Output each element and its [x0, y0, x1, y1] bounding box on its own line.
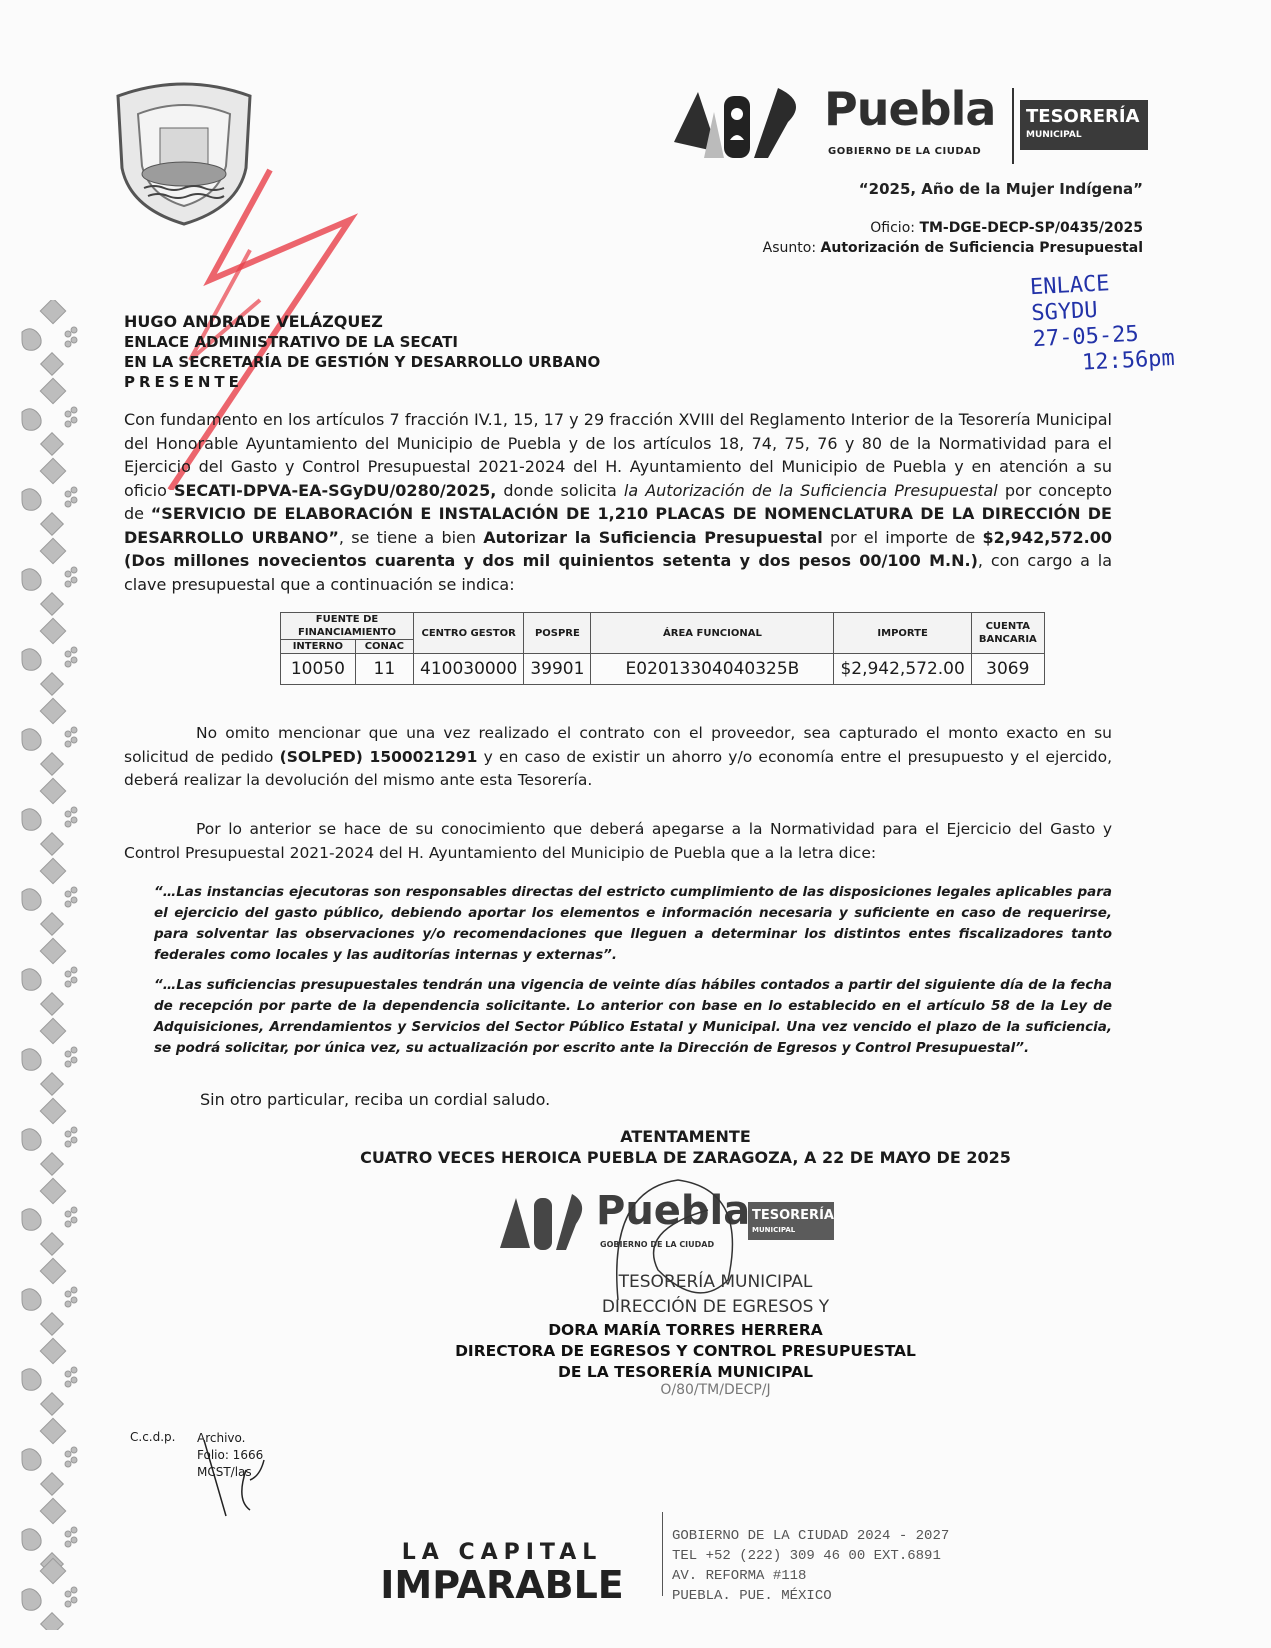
footer-line: AV. REFORMA #118 — [672, 1566, 949, 1586]
regulation-paragraph: Por lo anterior se hace de su conocimien… — [124, 818, 1112, 865]
cell-conac: 11 — [355, 654, 413, 685]
col-pospre: POSPRE — [524, 613, 591, 654]
budget-key-table: FUENTE DE FINANCIAMIENTO CENTRO GESTOR P… — [280, 612, 1045, 685]
tesoreria-badge: TESORERÍA MUNICIPAL — [1020, 100, 1148, 150]
table-row: 10050 11 410030000 39901 E02013304040325… — [281, 654, 1045, 685]
document-reference: Oficio: TM-DGE-DECP-SP/0435/2025 Asunto:… — [763, 218, 1143, 258]
footer-line: PUEBLA. PUE. MÉXICO — [672, 1586, 949, 1606]
stamp-tesoreria-label: TESORERÍA — [752, 1208, 834, 1223]
logo-divider — [1012, 88, 1014, 164]
cell-centro-gestor: 410030000 — [414, 654, 524, 685]
authorization-paragraph: Con fundamento en los artículos 7 fracci… — [124, 408, 1112, 596]
text: por el importe de — [823, 528, 983, 547]
request-oficio: SECATI-DPVA-EA-SGyDU/0280/2025, — [174, 481, 496, 500]
regulation-quote: “…Las instancias ejecutoras son responsa… — [154, 882, 1112, 966]
asunto-label: Asunto: — [763, 240, 816, 256]
col-fuente: FUENTE DE FINANCIAMIENTO — [281, 613, 414, 640]
footer-contact-info: GOBIERNO DE LA CIUDAD 2024 - 2027 TEL +5… — [672, 1526, 949, 1606]
oficio-number: TM-DGE-DECP-SP/0435/2025 — [919, 220, 1143, 236]
official-stamp: TESORERÍA MUNICIPAL DIRECCIÓN DE EGRESOS… — [0, 1270, 1271, 1320]
col-centro-gestor: CENTRO GESTOR — [414, 613, 524, 654]
cell-pospre: 39901 — [524, 654, 591, 685]
stamp-line: DIRECCIÓN DE EGRESOS Y — [80, 1295, 1271, 1320]
sign-off: ATENTAMENTE CUATRO VECES HEROICA PUEBLA … — [0, 1126, 1271, 1168]
tesoreria-label: TESORERÍA — [1026, 106, 1139, 127]
logo-brand: Puebla — [824, 82, 995, 136]
cc-label: C.c.d.p. — [130, 1430, 175, 1444]
logo-subtitle: GOBIERNO DE LA CIUDAD — [828, 146, 981, 157]
recipient-title: EN LA SECRETARÍA DE GESTIÓN Y DESARROLLO… — [124, 352, 600, 372]
signer-name: DORA MARÍA TORRES HERRERA — [50, 1320, 1271, 1341]
signer-title: DIRECTORA DE EGRESOS Y CONTROL PRESUPUES… — [50, 1341, 1271, 1362]
puebla-tesoreria-logo: Puebla GOBIERNO DE LA CIUDAD TESORERÍA M… — [668, 82, 1148, 168]
decorative-border — [18, 300, 90, 1630]
text: Autorizar la Suficiencia Presupuestal — [483, 528, 823, 547]
col-interno: INTERNO — [281, 640, 356, 654]
initials-mark — [196, 1440, 276, 1520]
oficio-label: Oficio: — [870, 220, 915, 236]
coat-of-arms-seal — [108, 78, 260, 228]
municipal-label: MUNICIPAL — [1026, 130, 1082, 140]
stamp-tesoreria-badge: TESORERÍA MUNICIPAL — [748, 1202, 834, 1240]
regulation-quote: “…Las suficiencias presupuestales tendrá… — [154, 975, 1112, 1059]
city-emblem-icon — [668, 82, 818, 162]
stamp-municipal-label: MUNICIPAL — [752, 1226, 795, 1234]
col-importe: IMPORTE — [834, 613, 971, 654]
footer-divider — [662, 1512, 663, 1596]
footer-slogan: LA CAPITAL IMPARABLE — [352, 1540, 652, 1605]
footer-line: GOBIERNO DE LA CIUDAD 2024 - 2027 — [672, 1526, 949, 1546]
salutation: PRESENTE — [124, 372, 600, 392]
signer-block: DORA MARÍA TORRES HERRERA DIRECTORA DE E… — [0, 1320, 1271, 1383]
place-date: CUATRO VECES HEROICA PUEBLA DE ZARAGOZA,… — [50, 1147, 1271, 1168]
recipient-name: HUGO ANDRADE VELÁZQUEZ — [124, 312, 600, 332]
text: donde solicita — [496, 481, 624, 500]
col-conac: CONAC — [355, 640, 413, 654]
solped-paragraph: No omito mencionar que una vez realizado… — [124, 722, 1112, 793]
stamp-line: TESORERÍA MUNICIPAL — [80, 1270, 1271, 1295]
text: , se tiene a bien — [339, 528, 483, 547]
text: la Autorización de la Suficiencia Presup… — [624, 481, 998, 500]
stamp-code: O/80/TM/DECP/J — [0, 1382, 1271, 1398]
cell-area-funcional: E02013304040325B — [591, 654, 834, 685]
slogan-bottom: IMPARABLE — [352, 1565, 652, 1605]
cell-cuenta: 3069 — [971, 654, 1044, 685]
cell-interno: 10050 — [281, 654, 356, 685]
footer-line: TEL +52 (222) 309 46 00 EXT.6891 — [672, 1546, 949, 1566]
asunto-value: Autorización de Suficiencia Presupuestal — [821, 240, 1143, 256]
signer-title: DE LA TESORERÍA MUNICIPAL — [50, 1362, 1271, 1383]
recipient-title: ENLACE ADMINISTRATIVO DE LA SECATI — [124, 332, 600, 352]
stamp-line: O/80/TM/DECP/J — [80, 1382, 1271, 1398]
closing-line: Sin otro particular, reciba un cordial s… — [200, 1090, 550, 1109]
solped-number: (SOLPED) 1500021291 — [280, 748, 478, 766]
atentamente: ATENTAMENTE — [50, 1126, 1271, 1147]
city-emblem-icon — [496, 1188, 592, 1254]
slogan-top: LA CAPITAL — [352, 1540, 652, 1565]
handwritten-receipt-note: ENLACE SGYDU 27-05-25 12:56pm — [1029, 265, 1234, 379]
col-area-funcional: ÁREA FUNCIONAL — [591, 613, 834, 654]
recipient-block: HUGO ANDRADE VELÁZQUEZ ENLACE ADMINISTRA… — [124, 312, 600, 392]
col-cuenta: CUENTA BANCARIA — [971, 613, 1044, 654]
cell-importe: $2,942,572.00 — [834, 654, 971, 685]
year-motto: “2025, Año de la Mujer Indígena” — [859, 180, 1143, 198]
